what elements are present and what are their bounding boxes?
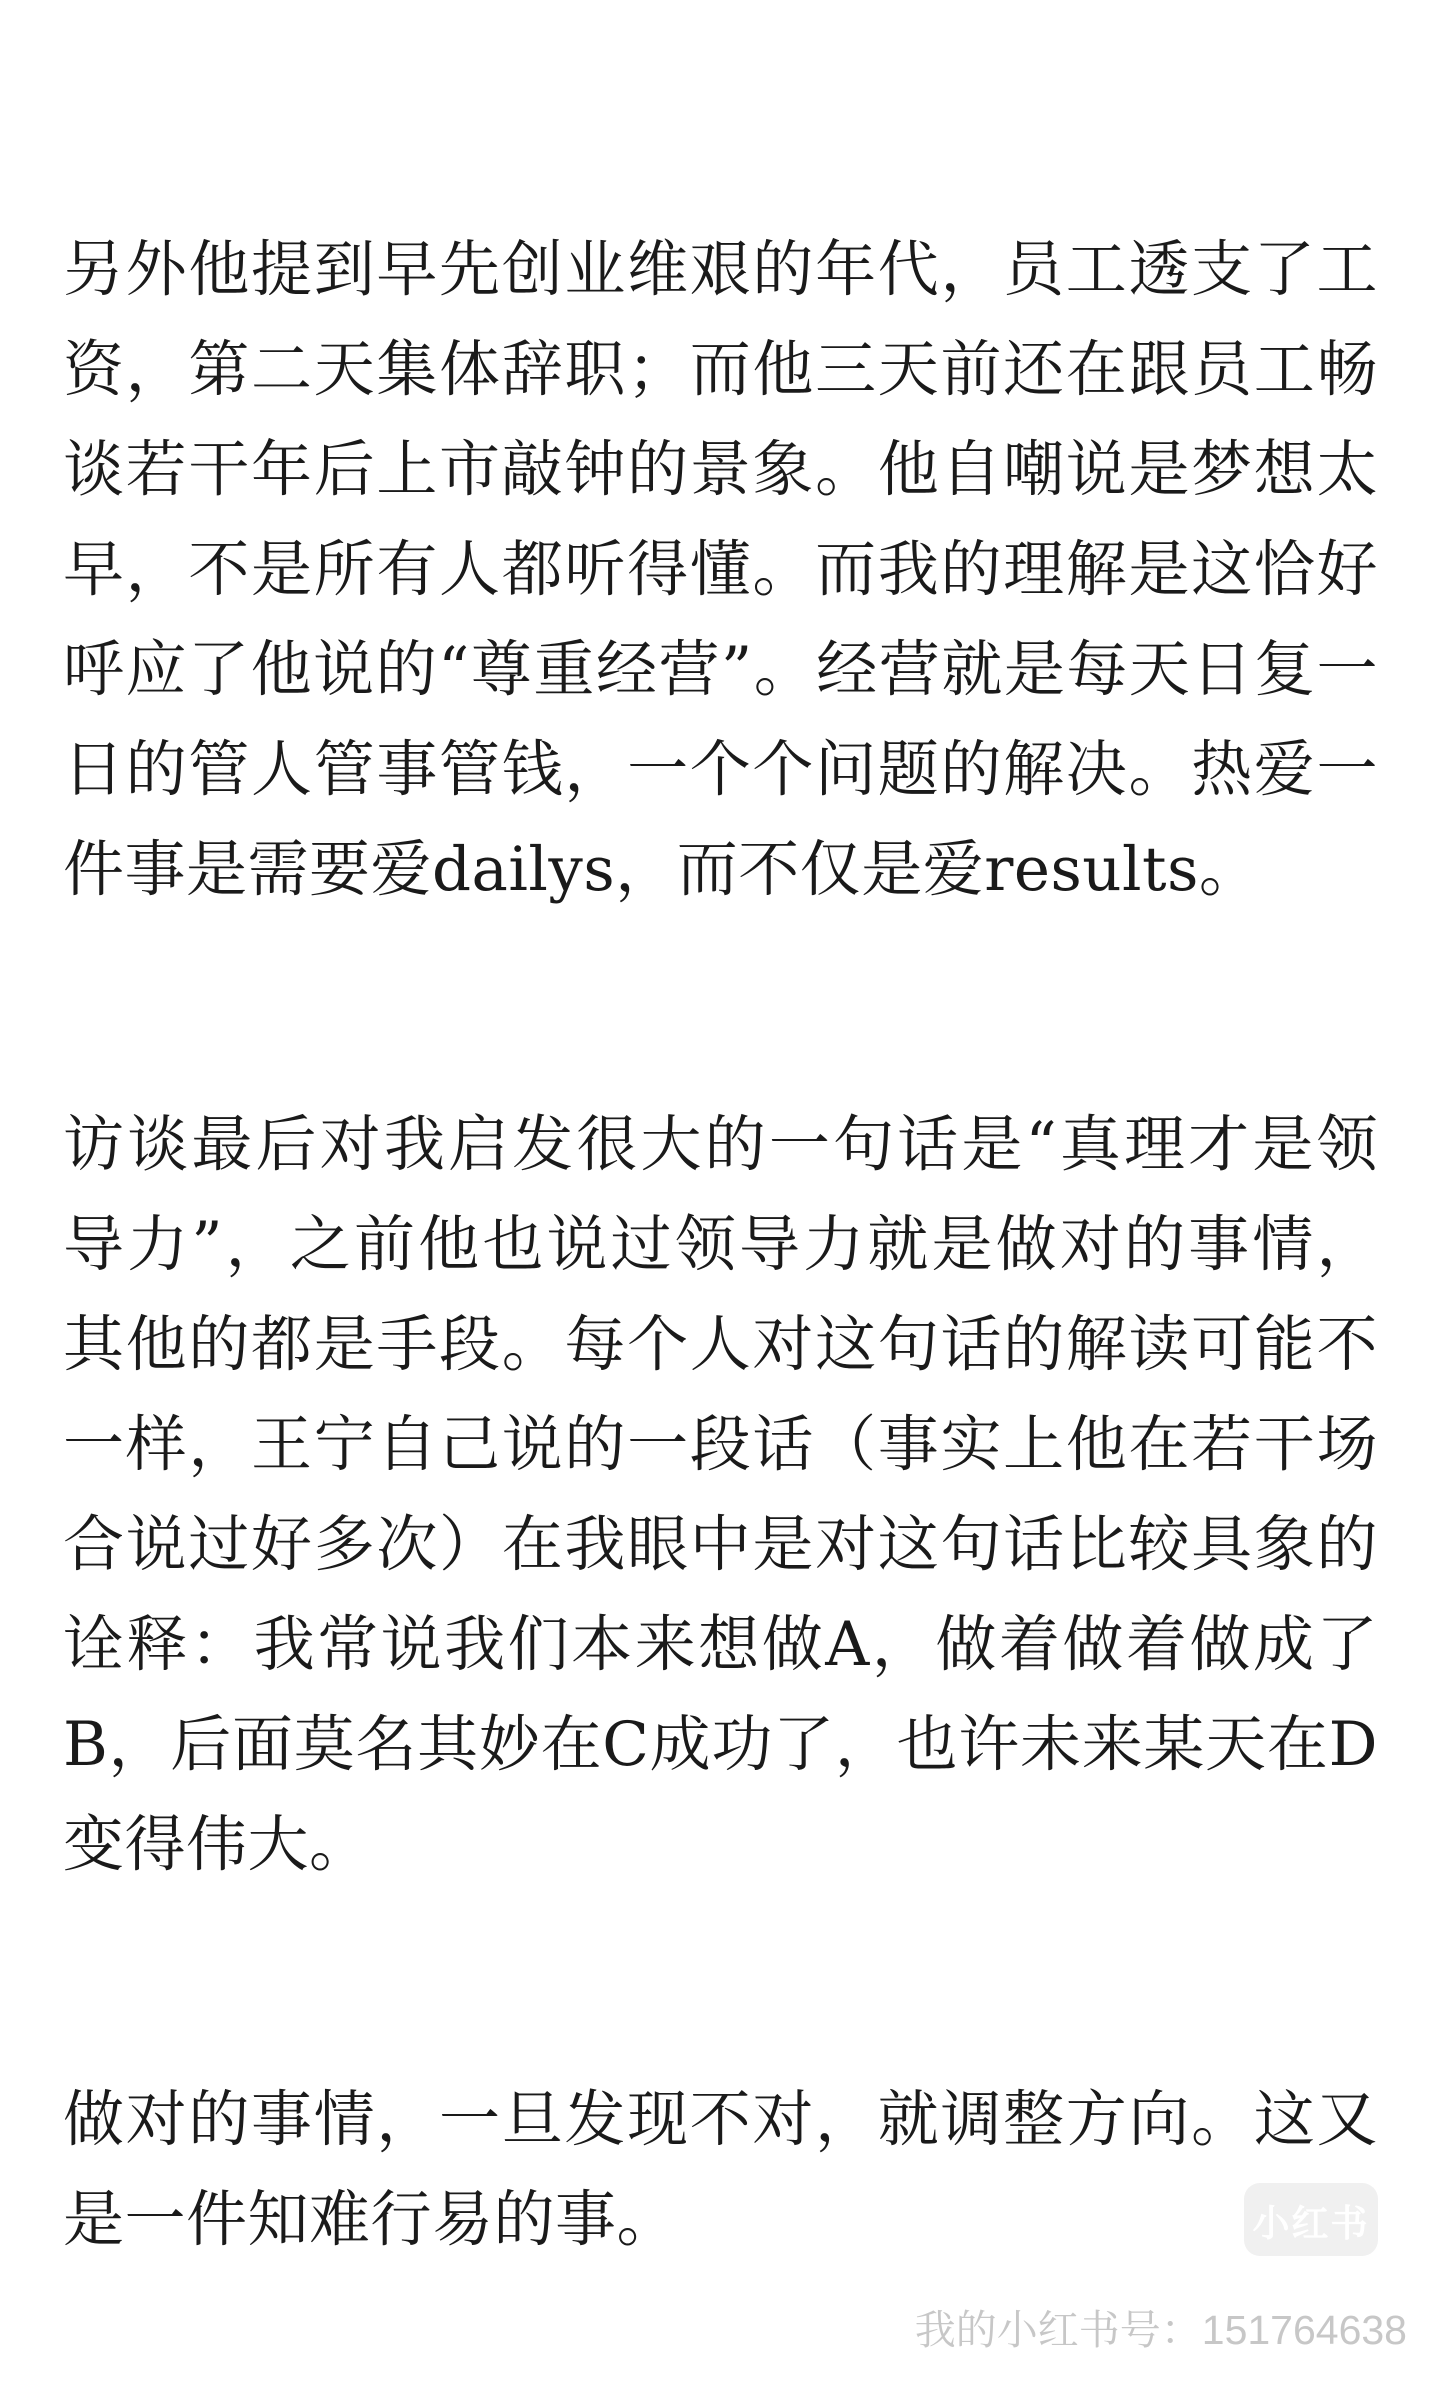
- paragraph-1: 另外他提到早先创业维艰的年代，员工透支了工资，第二天集体辞职；而他三天前还在跟员…: [63, 220, 1378, 920]
- xiaohongshu-id-watermark: 我的小红书号：151764638: [915, 2297, 1407, 2356]
- xiaohongshu-logo: 小红书: [1244, 2183, 1378, 2256]
- post-body: 另外他提到早先创业维艰的年代，员工透支了工资，第二天集体辞职；而他三天前还在跟员…: [63, 0, 1378, 2270]
- paragraph-3: 做对的事情，一旦发现不对，就调整方向。这又是一件知难行易的事。: [63, 2070, 1378, 2270]
- xiaohongshu-logo-label: 小红书: [1253, 2193, 1370, 2247]
- paragraph-2: 访谈最后对我启发很大的一句话是“真理才是领导力”，之前他也说过领导力就是做对的事…: [63, 1095, 1378, 1895]
